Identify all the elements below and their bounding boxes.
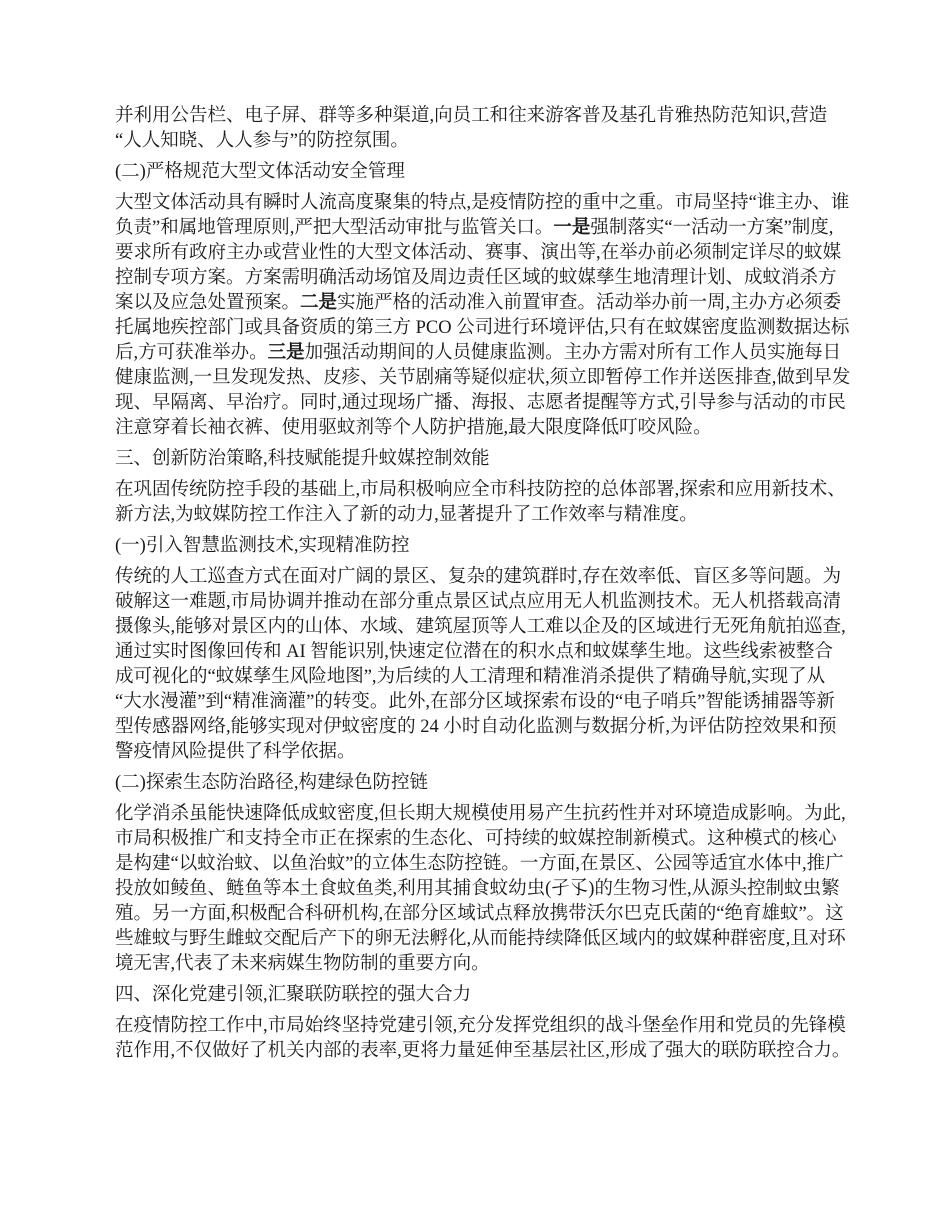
text-segment: 在疫情防控工作中,市局始终坚持党建引领,充分发挥党组织的战斗堡垒作用和党员的先锋… <box>115 1016 850 1061</box>
text-segment: (二)严格规范大型文体活动安全管理 <box>115 162 405 182</box>
paragraph: 大型文体活动具有瞬时人流高度聚集的特点,是疫情防控的重中之重。市局坚持“谁主办、… <box>115 191 851 441</box>
bold-emphasis: 二是 <box>300 293 337 313</box>
text-segment: 并利用公告栏、电子屏、群等多种渠道,向员工和往来游客普及基孔肯雅热防范知识,营造… <box>115 106 827 151</box>
paragraph: 传统的人工巡查方式在面对广阔的景区、复杂的建筑群时,存在效率低、盲区多等问题。为… <box>115 565 851 765</box>
text-segment: 四、深化党建引领,汇聚联防联控的强大合力 <box>115 985 471 1005</box>
text-segment: 三、创新防治策略,科技赋能提升蚊媒控制效能 <box>115 449 490 469</box>
bold-emphasis: 一是 <box>553 218 590 238</box>
text-segment: (一)引入智慧监测技术,实现精准防控 <box>115 536 409 556</box>
text-segment: 传统的人工巡查方式在面对广阔的景区、复杂的建筑群时,存在效率低、盲区多等问题。为… <box>115 567 846 762</box>
document-page: 并利用公告栏、电子屏、群等多种渠道,向员工和往来游客普及基孔肯雅热防范知识,营造… <box>0 0 950 1230</box>
section-heading: (二)严格规范大型文体活动安全管理 <box>115 160 851 185</box>
section-heading: 三、创新防治策略,科技赋能提升蚊媒控制效能 <box>115 447 851 472</box>
paragraph: 在巩固传统防控手段的基础上,市局积极响应全市科技防控的总体部署,探索和应用新技术… <box>115 478 851 528</box>
text-segment: 在巩固传统防控手段的基础上,市局积极响应全市科技防控的总体部署,探索和应用新技术… <box>115 480 846 525</box>
bold-emphasis: 三是 <box>268 343 305 363</box>
document-content: 并利用公告栏、电子屏、群等多种渠道,向员工和往来游客普及基孔肯雅热防范知识,营造… <box>115 104 851 1064</box>
paragraph: 化学消杀虽能快速降低成蚊密度,但长期大规模使用易产生抗药性并对环境造成影响。为此… <box>115 802 851 977</box>
text-segment: 化学消杀虽能快速降低成蚊密度,但长期大规模使用易产生抗药性并对环境造成影响。为此… <box>115 804 846 974</box>
section-heading: 四、深化党建引领,汇聚联防联控的强大合力 <box>115 983 851 1008</box>
paragraph: 并利用公告栏、电子屏、群等多种渠道,向员工和往来游客普及基孔肯雅热防范知识,营造… <box>115 104 851 154</box>
section-heading: (二)探索生态防治路径,构建绿色防控链 <box>115 771 851 796</box>
section-heading: (一)引入智慧监测技术,实现精准防控 <box>115 534 851 559</box>
paragraph: 在疫情防控工作中,市局始终坚持党建引领,充分发挥党组织的战斗堡垒作用和党员的先锋… <box>115 1014 851 1064</box>
text-segment: (二)探索生态防治路径,构建绿色防控链 <box>115 773 428 793</box>
